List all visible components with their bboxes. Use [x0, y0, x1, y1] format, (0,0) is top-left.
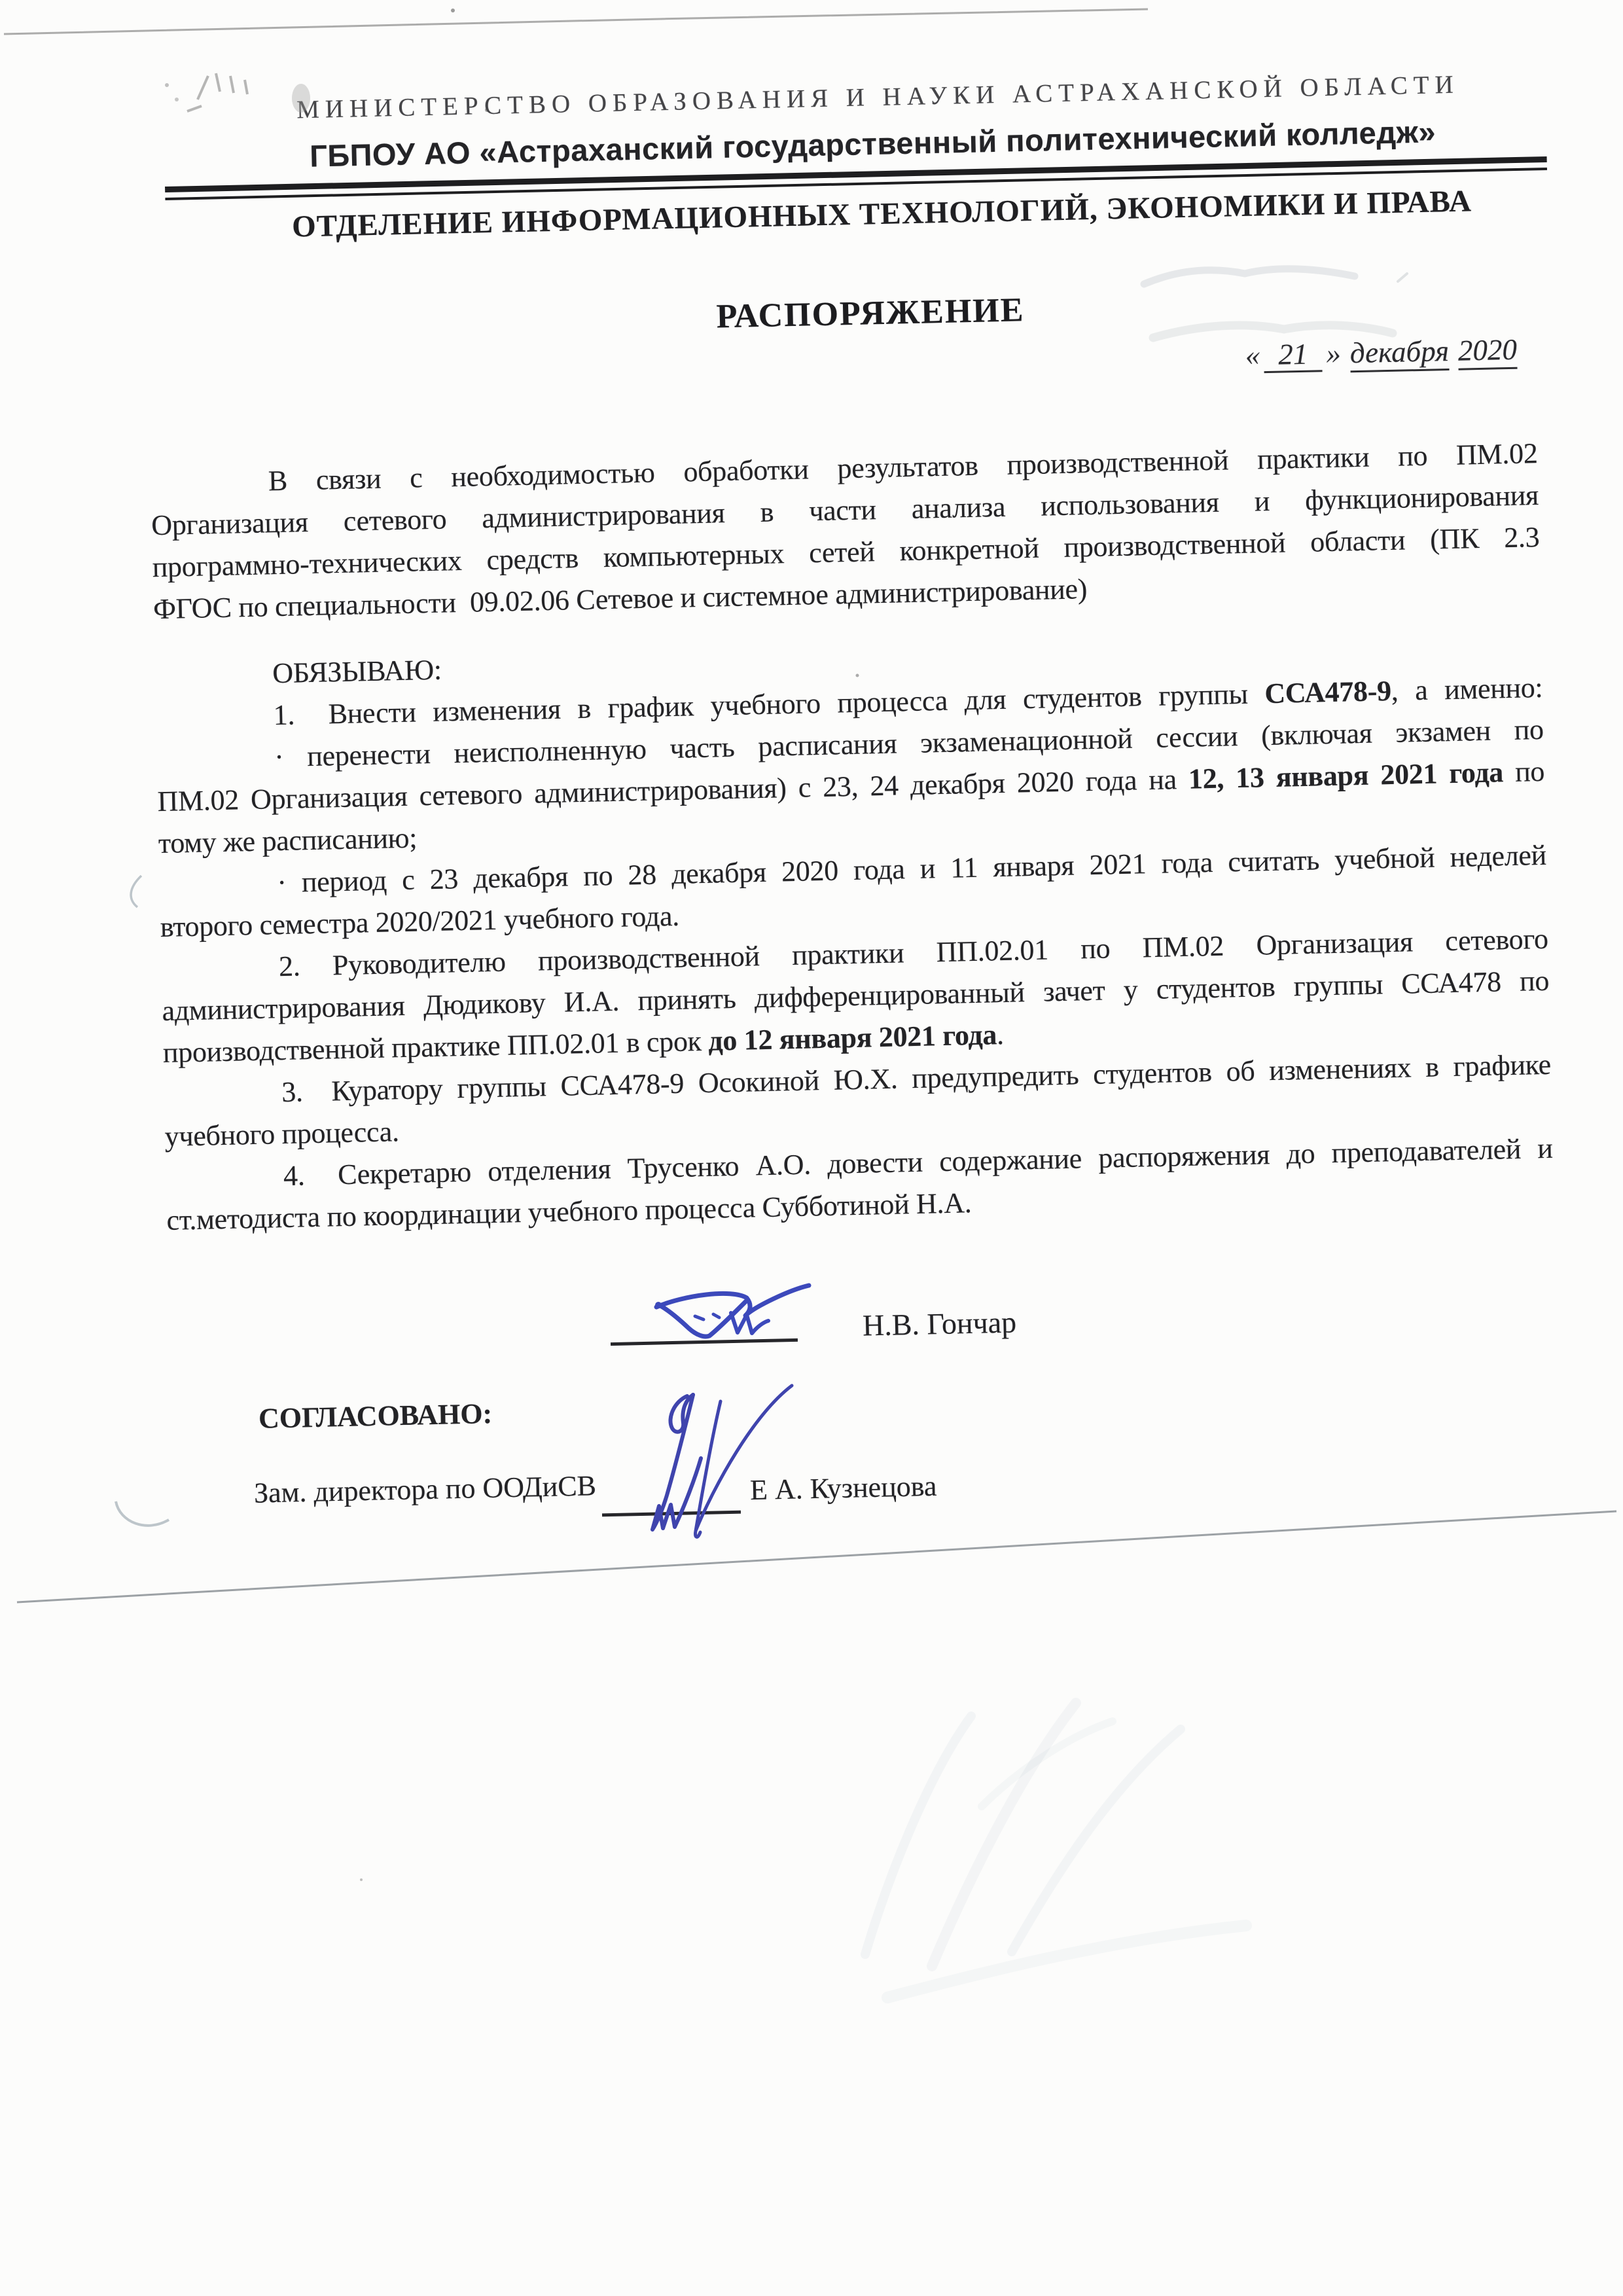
- scan-speck: [451, 9, 455, 12]
- date-open-quote: «: [1245, 338, 1260, 371]
- body-text: В связи с необходимостью обработки резул…: [150, 433, 1554, 1242]
- body-text-segment: производственной практике ПП.02.01 в сро…: [162, 1025, 708, 1069]
- scanned-document-page: { "page": { "paper_color": "#fcfcfb", "i…: [0, 0, 1623, 2296]
- body-text-segment: тому же расписанию;: [158, 822, 417, 860]
- document-title: РАСПОРЯЖЕНИЕ: [716, 291, 1025, 336]
- body-bold-text: ССА478-9: [1264, 675, 1391, 709]
- document-date: «21»декабря2020: [1021, 332, 1518, 378]
- deputy-signature-line: [602, 1511, 741, 1517]
- director-name: Н.В. Гончар: [862, 1304, 1016, 1342]
- body-bold-text: до 12 января 2021 года: [708, 1018, 997, 1057]
- body-text-segment: .: [996, 1018, 1004, 1050]
- director-signature: [655, 1285, 809, 1336]
- date-close-quote: »: [1326, 337, 1342, 370]
- body-bold-text: 12, 13 января 2021 года: [1188, 756, 1503, 795]
- deputy-position: Зам. директора по ООДиСВ: [254, 1469, 597, 1509]
- body-text-segment: по: [1503, 755, 1544, 788]
- date-day: 21: [1264, 337, 1323, 373]
- page-curl-mark-2: [116, 1501, 169, 1526]
- deputy-name: Е А. Кузнецова: [749, 1469, 936, 1507]
- date-month: декабря: [1349, 334, 1449, 372]
- scan-speck: [175, 98, 179, 101]
- page-curl-mark-1: [131, 876, 141, 907]
- body-text-segment: второго семестра 2020/2021 учебного года…: [160, 900, 679, 943]
- body-text-segment: , а именно:: [1391, 672, 1543, 707]
- ink-bleed-ghost: [865, 1703, 1246, 1998]
- scan-crease-top: [4, 9, 1148, 34]
- scan-speck: [165, 83, 169, 87]
- director-signature-line: [611, 1338, 798, 1346]
- agreed-label: СОГЛАСОВАНО:: [258, 1397, 492, 1435]
- pencil-smudge: [187, 73, 247, 111]
- scan-crease-bottom: [17, 1511, 1616, 1602]
- date-year: 2020: [1457, 333, 1517, 370]
- body-text-segment: учебного процесса.: [164, 1115, 399, 1153]
- scan-speck: [360, 1878, 363, 1881]
- body-text-segment: ОБЯЗЫВАЮ:: [272, 654, 442, 690]
